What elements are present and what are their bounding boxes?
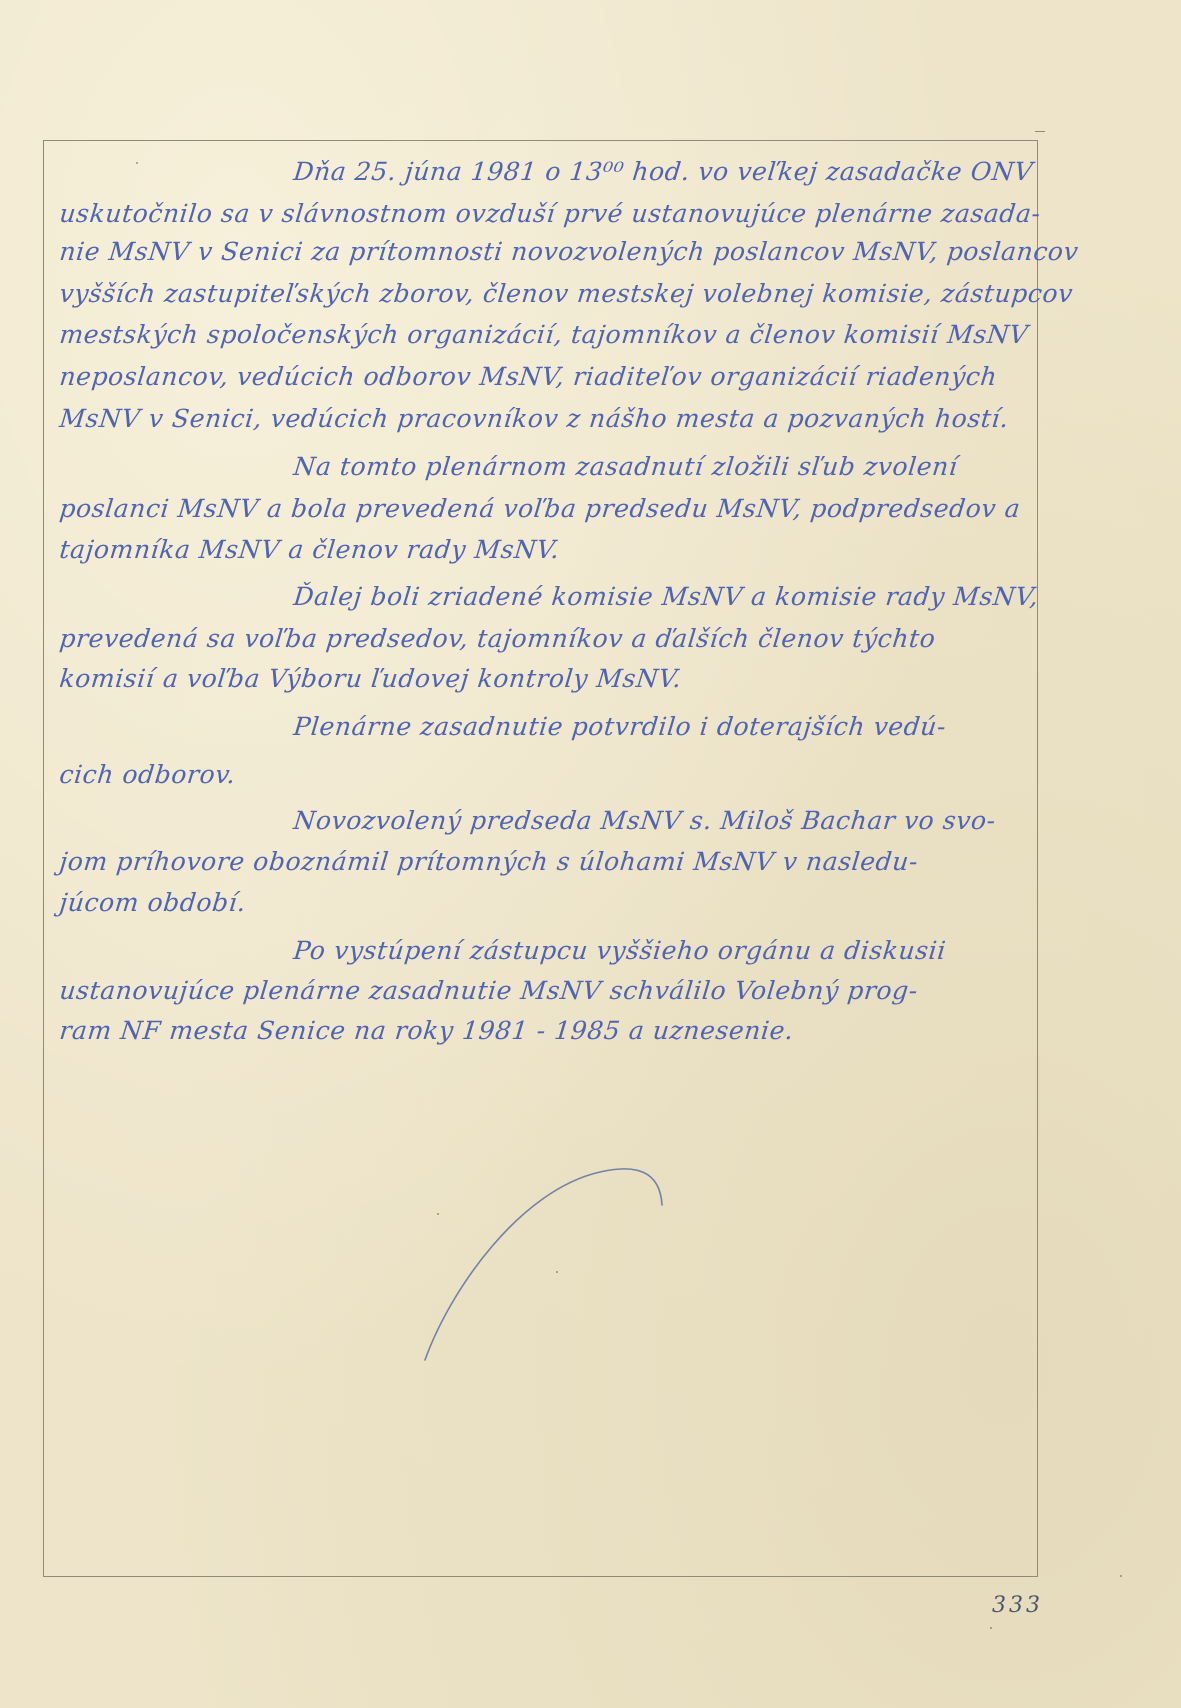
text-line: Novozvolený predseda MsNV s. Miloš Bacha…	[292, 806, 997, 836]
text-line: ram NF mesta Senice na roky 1981 - 1985 …	[58, 1016, 795, 1046]
paper-speck	[990, 1627, 992, 1629]
paper-speck	[556, 1271, 558, 1273]
paper-speck	[136, 162, 138, 164]
text-line: mestských spoločenských organizácií, taj…	[58, 320, 1030, 350]
text-line: MsNV v Senici, vedúcich pracovníkov z ná…	[58, 404, 1010, 434]
text-line: neposlancov, vedúcich odborov MsNV, riad…	[58, 362, 999, 392]
text-line: nie MsNV v Senici za prítomnosti novozvo…	[58, 237, 1080, 267]
text-line: Na tomto plenárnom zasadnutí zložili sľu…	[292, 452, 959, 482]
text-line: Dňa 25. júna 1981 o 13⁰⁰ hod. vo veľkej …	[292, 157, 1035, 187]
frame-corner-mark	[1035, 131, 1045, 132]
text-line: Plenárne zasadnutie potvrdilo i doterajš…	[292, 712, 948, 742]
text-line: Ďalej boli zriadené komisie MsNV a komis…	[292, 582, 1040, 612]
text-line: Po vystúpení zástupcu vyššieho orgánu a …	[292, 936, 948, 966]
text-line: ustanovujúce plenárne zasadnutie MsNV sc…	[58, 976, 919, 1006]
document-page: Dňa 25. júna 1981 o 13⁰⁰ hod. vo veľkej …	[0, 0, 1181, 1708]
page-number: 333	[992, 1593, 1043, 1618]
text-line: júcom období.	[58, 888, 248, 918]
text-line: vyšších zastupiteľských zborov, členov m…	[58, 279, 1075, 309]
text-line: komisií a voľba Výboru ľudovej kontroly …	[58, 664, 683, 694]
paper-speck	[1120, 1575, 1122, 1577]
text-line: poslanci MsNV a bola prevedená voľba pre…	[58, 494, 1022, 524]
paper-speck	[437, 1213, 439, 1215]
text-line: tajomníka MsNV a členov rady MsNV.	[58, 535, 561, 565]
text-line: uskutočnilo sa v slávnostnom ovzduší prv…	[58, 199, 1042, 229]
text-line: prevedená sa voľba predsedov, tajomníkov…	[58, 624, 937, 654]
text-line: cich odborov.	[58, 760, 237, 790]
text-line: jom príhovore oboznámil prítomných s úlo…	[58, 847, 920, 877]
signature-stroke-icon	[410, 1150, 670, 1375]
